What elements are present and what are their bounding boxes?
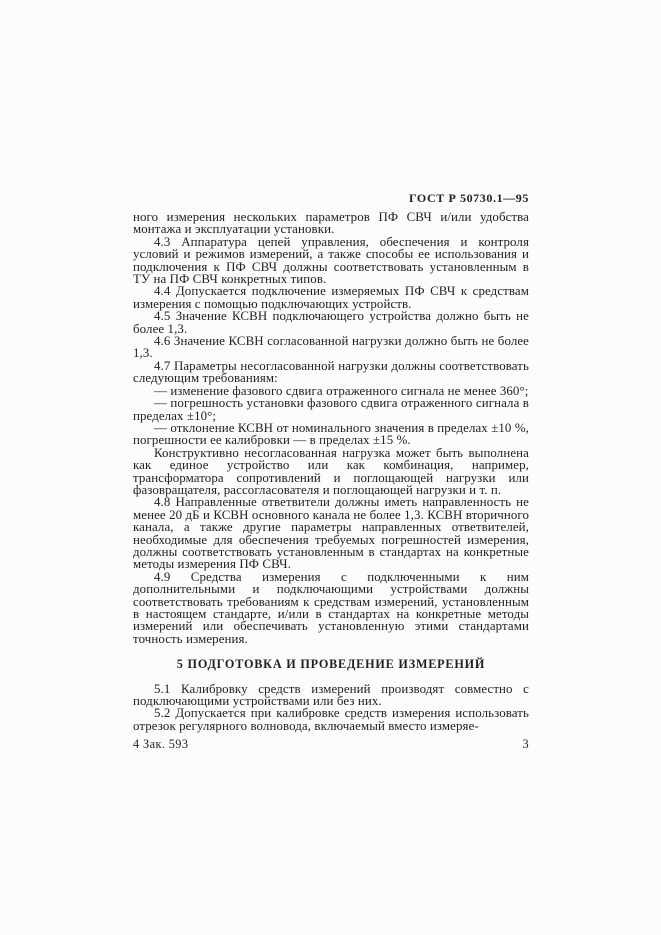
paragraph: 4.8 Направленные ответвители должны имет…	[133, 496, 529, 570]
paragraph: — погрешность установки фазового сдвига …	[133, 397, 529, 422]
footer-print-order-note: 4 Зак. 593	[133, 737, 188, 752]
paragraph: 4.4 Допускается подключение измеряемых П…	[133, 285, 529, 310]
paragraph: 4.6 Значение КСВН согласованной нагрузки…	[133, 335, 529, 360]
section-heading: 5 ПОДГОТОВКА И ПРОВЕДЕНИЕ ИЗМЕРЕНИЙ	[133, 658, 529, 670]
document-body: ного измерения нескольких параметров ПФ …	[133, 211, 529, 732]
paragraph: 4.5 Значение КСВН подключающего устройст…	[133, 310, 529, 335]
page-footer: 4 Зак. 593 3	[133, 737, 529, 752]
scanned-document-page: { "page": { "header": "ГОСТ Р 50730.1—95…	[0, 0, 661, 935]
paragraph: 5.2 Допускается при калибровке средств и…	[133, 707, 529, 732]
paragraph: 4.3 Аппаратура цепей управления, обеспеч…	[133, 236, 529, 286]
paragraph: — отклонение КСВН от номинального значен…	[133, 422, 529, 447]
paragraph: Конструктивно несогласованная нагрузка м…	[133, 447, 529, 497]
paragraph: 4.7 Параметры несогласованной нагрузки д…	[133, 360, 529, 385]
paragraph: ного измерения нескольких параметров ПФ …	[133, 211, 529, 236]
footer-page-number: 3	[522, 737, 529, 752]
page-background: ГОСТ Р 50730.1—95 ного измерения несколь…	[0, 0, 661, 935]
running-header-standard-number: ГОСТ Р 50730.1—95	[133, 191, 529, 206]
paragraph: 5.1 Калибровку средств измерений произво…	[133, 683, 529, 708]
paragraph: 4.9 Средства измерения с подключенными к…	[133, 571, 529, 645]
